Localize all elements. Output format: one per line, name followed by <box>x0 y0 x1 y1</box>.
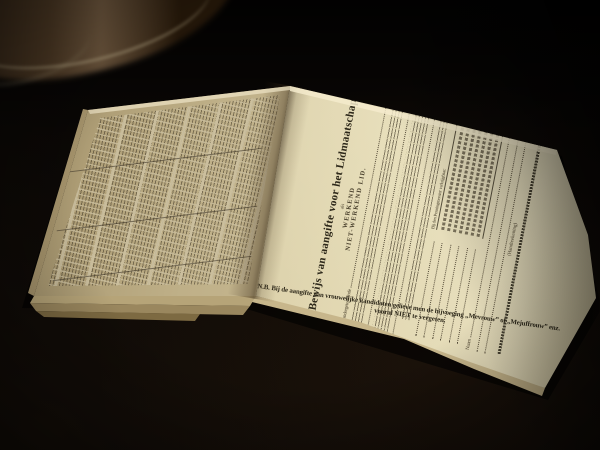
left-page-section-rule <box>53 256 252 281</box>
left-page-section-rule <box>63 148 262 173</box>
left-page-section-rule <box>57 206 258 232</box>
photo-scene: Bewijs van aangifte voor het Lidmaatscha… <box>0 0 600 450</box>
